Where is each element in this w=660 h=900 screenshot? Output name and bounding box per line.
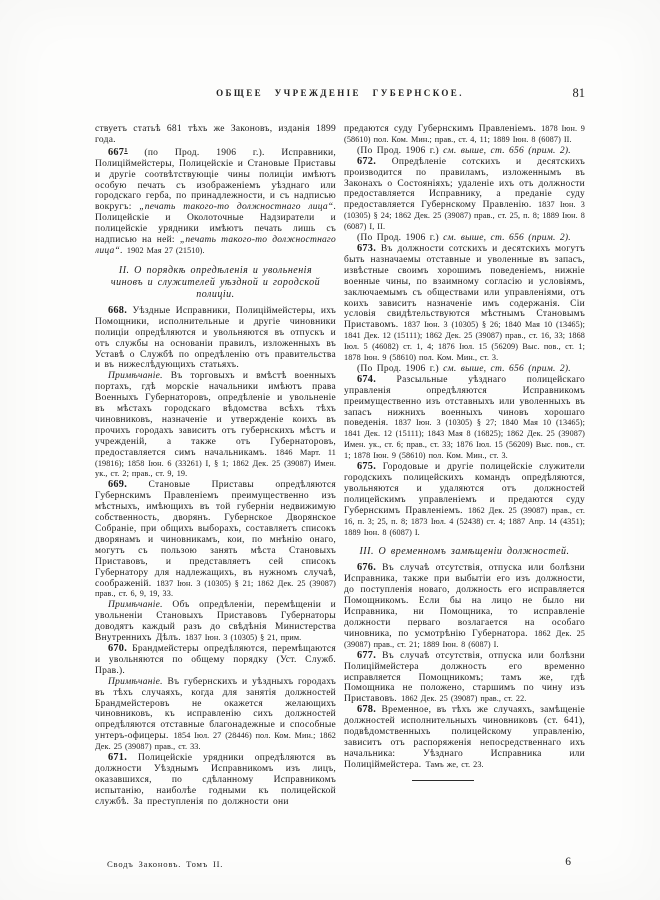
- law-paragraph: 676. Въ случаѣ отсутствія, отпуска или б…: [344, 563, 585, 650]
- text-run: Становые Приставы опредѣляются Губернски…: [95, 480, 336, 588]
- law-paragraph: предаются суду Губернскимъ Правленіемъ. …: [344, 124, 585, 146]
- text-run: 671.: [108, 752, 127, 763]
- law-paragraph: Примѣчаніе. Объ опредѣленіи, перемѣщеніи…: [95, 600, 336, 644]
- page-number: 81: [573, 86, 586, 101]
- page-header-title: ОБЩЕЕ УЧРЕЖДЕНІЕ ГУБЕРНСКОЕ.: [95, 88, 585, 98]
- footer-signature-number: 6: [565, 856, 571, 868]
- text-run: 1862 Дек. 25 (39087) прав., ст. 22.: [401, 694, 526, 703]
- text-run: „печать такого-то должностнаго лица“: [139, 202, 333, 212]
- law-paragraph: Примѣчаніе. Въ губернскихъ и уѣздныхъ го…: [95, 677, 336, 753]
- text-run: 676.: [357, 562, 376, 573]
- text-run: 667: [108, 147, 124, 158]
- section-heading: II. О порядкѣ опредѣленія и увольненія ч…: [101, 265, 330, 301]
- text-run: 677.: [357, 650, 376, 661]
- text-run: Примѣчаніе.: [108, 677, 163, 687]
- text-run: 670.: [108, 643, 127, 654]
- text-run: 675.: [357, 461, 376, 472]
- law-paragraph: 677. Въ случаѣ отсутствія, отпуска или б…: [344, 651, 585, 706]
- law-paragraph: ствуетъ статьѣ 681 тѣхъ же Законовъ, изд…: [95, 124, 336, 146]
- section-heading: III. О временномъ замѣщеніи должностей.: [350, 546, 579, 558]
- law-paragraph: (По Прод. 1906 г.) см. выше, ст. 656 (пр…: [344, 146, 585, 157]
- text-run: (По Прод. 1906 г.): [357, 146, 443, 156]
- text-run: Примѣчаніе.: [108, 600, 163, 610]
- law-paragraph: 668. Уѣздные Исправники, Полиціймейстеры…: [95, 306, 336, 371]
- law-paragraph: 674. Разсыльные уѣзднаго полицейскаго уп…: [344, 375, 585, 462]
- text-run: (По Прод. 1906 г.): [357, 233, 443, 243]
- text-run: Примѣчаніе.: [108, 371, 163, 381]
- law-paragraph: 672. Опредѣленіе сотскихъ и десятскихъ п…: [344, 157, 585, 233]
- text-run: 678.: [357, 704, 376, 715]
- text-run: Уѣздные Исправники, Полиціймейстеры, ихъ…: [95, 306, 336, 371]
- law-paragraph: 670. Брандмейстеры опредѣляются, перемѣщ…: [95, 644, 336, 677]
- text-run: (По Прод. 1906 г.): [357, 364, 443, 374]
- text-run: 669.: [108, 479, 127, 490]
- text-run: 673.: [357, 243, 376, 254]
- text-run: см. выше, ст. 656 (прим. 2).: [443, 364, 571, 374]
- law-paragraph: (По Прод. 1906 г.) см. выше, ст. 656 (пр…: [344, 364, 585, 375]
- law-paragraph: (По Прод. 1906 г.) см. выше, ст. 656 (пр…: [344, 233, 585, 244]
- text-run: Въ должности сотскихъ и десятскихъ могут…: [344, 244, 585, 330]
- column-left: ствуетъ статьѣ 681 тѣхъ же Законовъ, изд…: [95, 124, 336, 850]
- text-run: Полицейскіе урядники опредѣляются въ дол…: [95, 753, 336, 807]
- law-paragraph: 6671 (по Прод. 1906 г.). Исправники, Пол…: [95, 146, 336, 257]
- law-paragraph: 673. Въ должности сотскихъ и десятскихъ …: [344, 244, 585, 364]
- running-head: ОБЩЕЕ УЧРЕЖДЕНІЕ ГУБЕРНСКОЕ. 81: [95, 88, 585, 104]
- law-paragraph: 675. Городовые и другіе полицейскіе служ…: [344, 462, 585, 538]
- page-footer: Сводъ Законовъ. Томъ II. 6: [95, 856, 585, 876]
- text-run: .: [120, 246, 127, 256]
- text-run: Тамъ же, ст. 23.: [426, 760, 484, 769]
- column-right: предаются суду Губернскимъ Правленіемъ. …: [344, 124, 585, 850]
- law-paragraph: 678. Временное, въ тѣхъ же случаяхъ, зам…: [344, 705, 585, 770]
- text-run: III. О временномъ замѣщеніи должностей.: [359, 546, 569, 557]
- text-run: ствуетъ статьѣ 681 тѣхъ же Законовъ, изд…: [95, 124, 336, 145]
- law-paragraph: 671. Полицейскіе урядники опредѣляются в…: [95, 753, 336, 808]
- text-run: 674.: [357, 374, 376, 385]
- text-run: см. выше, ст. 656 (прим. 2).: [443, 233, 571, 243]
- book-page: ОБЩЕЕ УЧРЕЖДЕНІЕ ГУБЕРНСКОЕ. 81 ствуетъ …: [0, 0, 660, 900]
- footer-edition-label: Сводъ Законовъ. Томъ II.: [107, 859, 223, 869]
- text-columns: ствуетъ статьѣ 681 тѣхъ же Законовъ, изд…: [95, 124, 585, 850]
- text-run: предаются суду Губернскимъ Правленіемъ.: [344, 124, 541, 134]
- text-run: Брандмейстеры опредѣляются, перемѣщаются…: [95, 644, 336, 676]
- law-paragraph: 669. Становые Приставы опредѣляются Губе…: [95, 480, 336, 600]
- text-run: 1837 Іюн. 3 (10305) § 21, прим.: [185, 633, 301, 642]
- text-run: II. О порядкѣ опредѣленія и увольненія ч…: [111, 265, 320, 300]
- text-run: Въ случаѣ отсутствія, отпуска или болѣзн…: [344, 563, 585, 638]
- text-run: 672.: [357, 156, 376, 167]
- text-run: см. выше, ст. 656 (прим. 2).: [443, 146, 571, 156]
- text-run: Въ торговыхъ и вмѣстѣ военныхъ портахъ, …: [95, 371, 336, 457]
- section-end-rule: [412, 780, 474, 781]
- law-paragraph: Примѣчаніе. Въ торговыхъ и вмѣстѣ военны…: [95, 371, 336, 480]
- text-run: 668.: [108, 305, 127, 316]
- text-run: 1902 Мая 27 (21510).: [127, 246, 205, 255]
